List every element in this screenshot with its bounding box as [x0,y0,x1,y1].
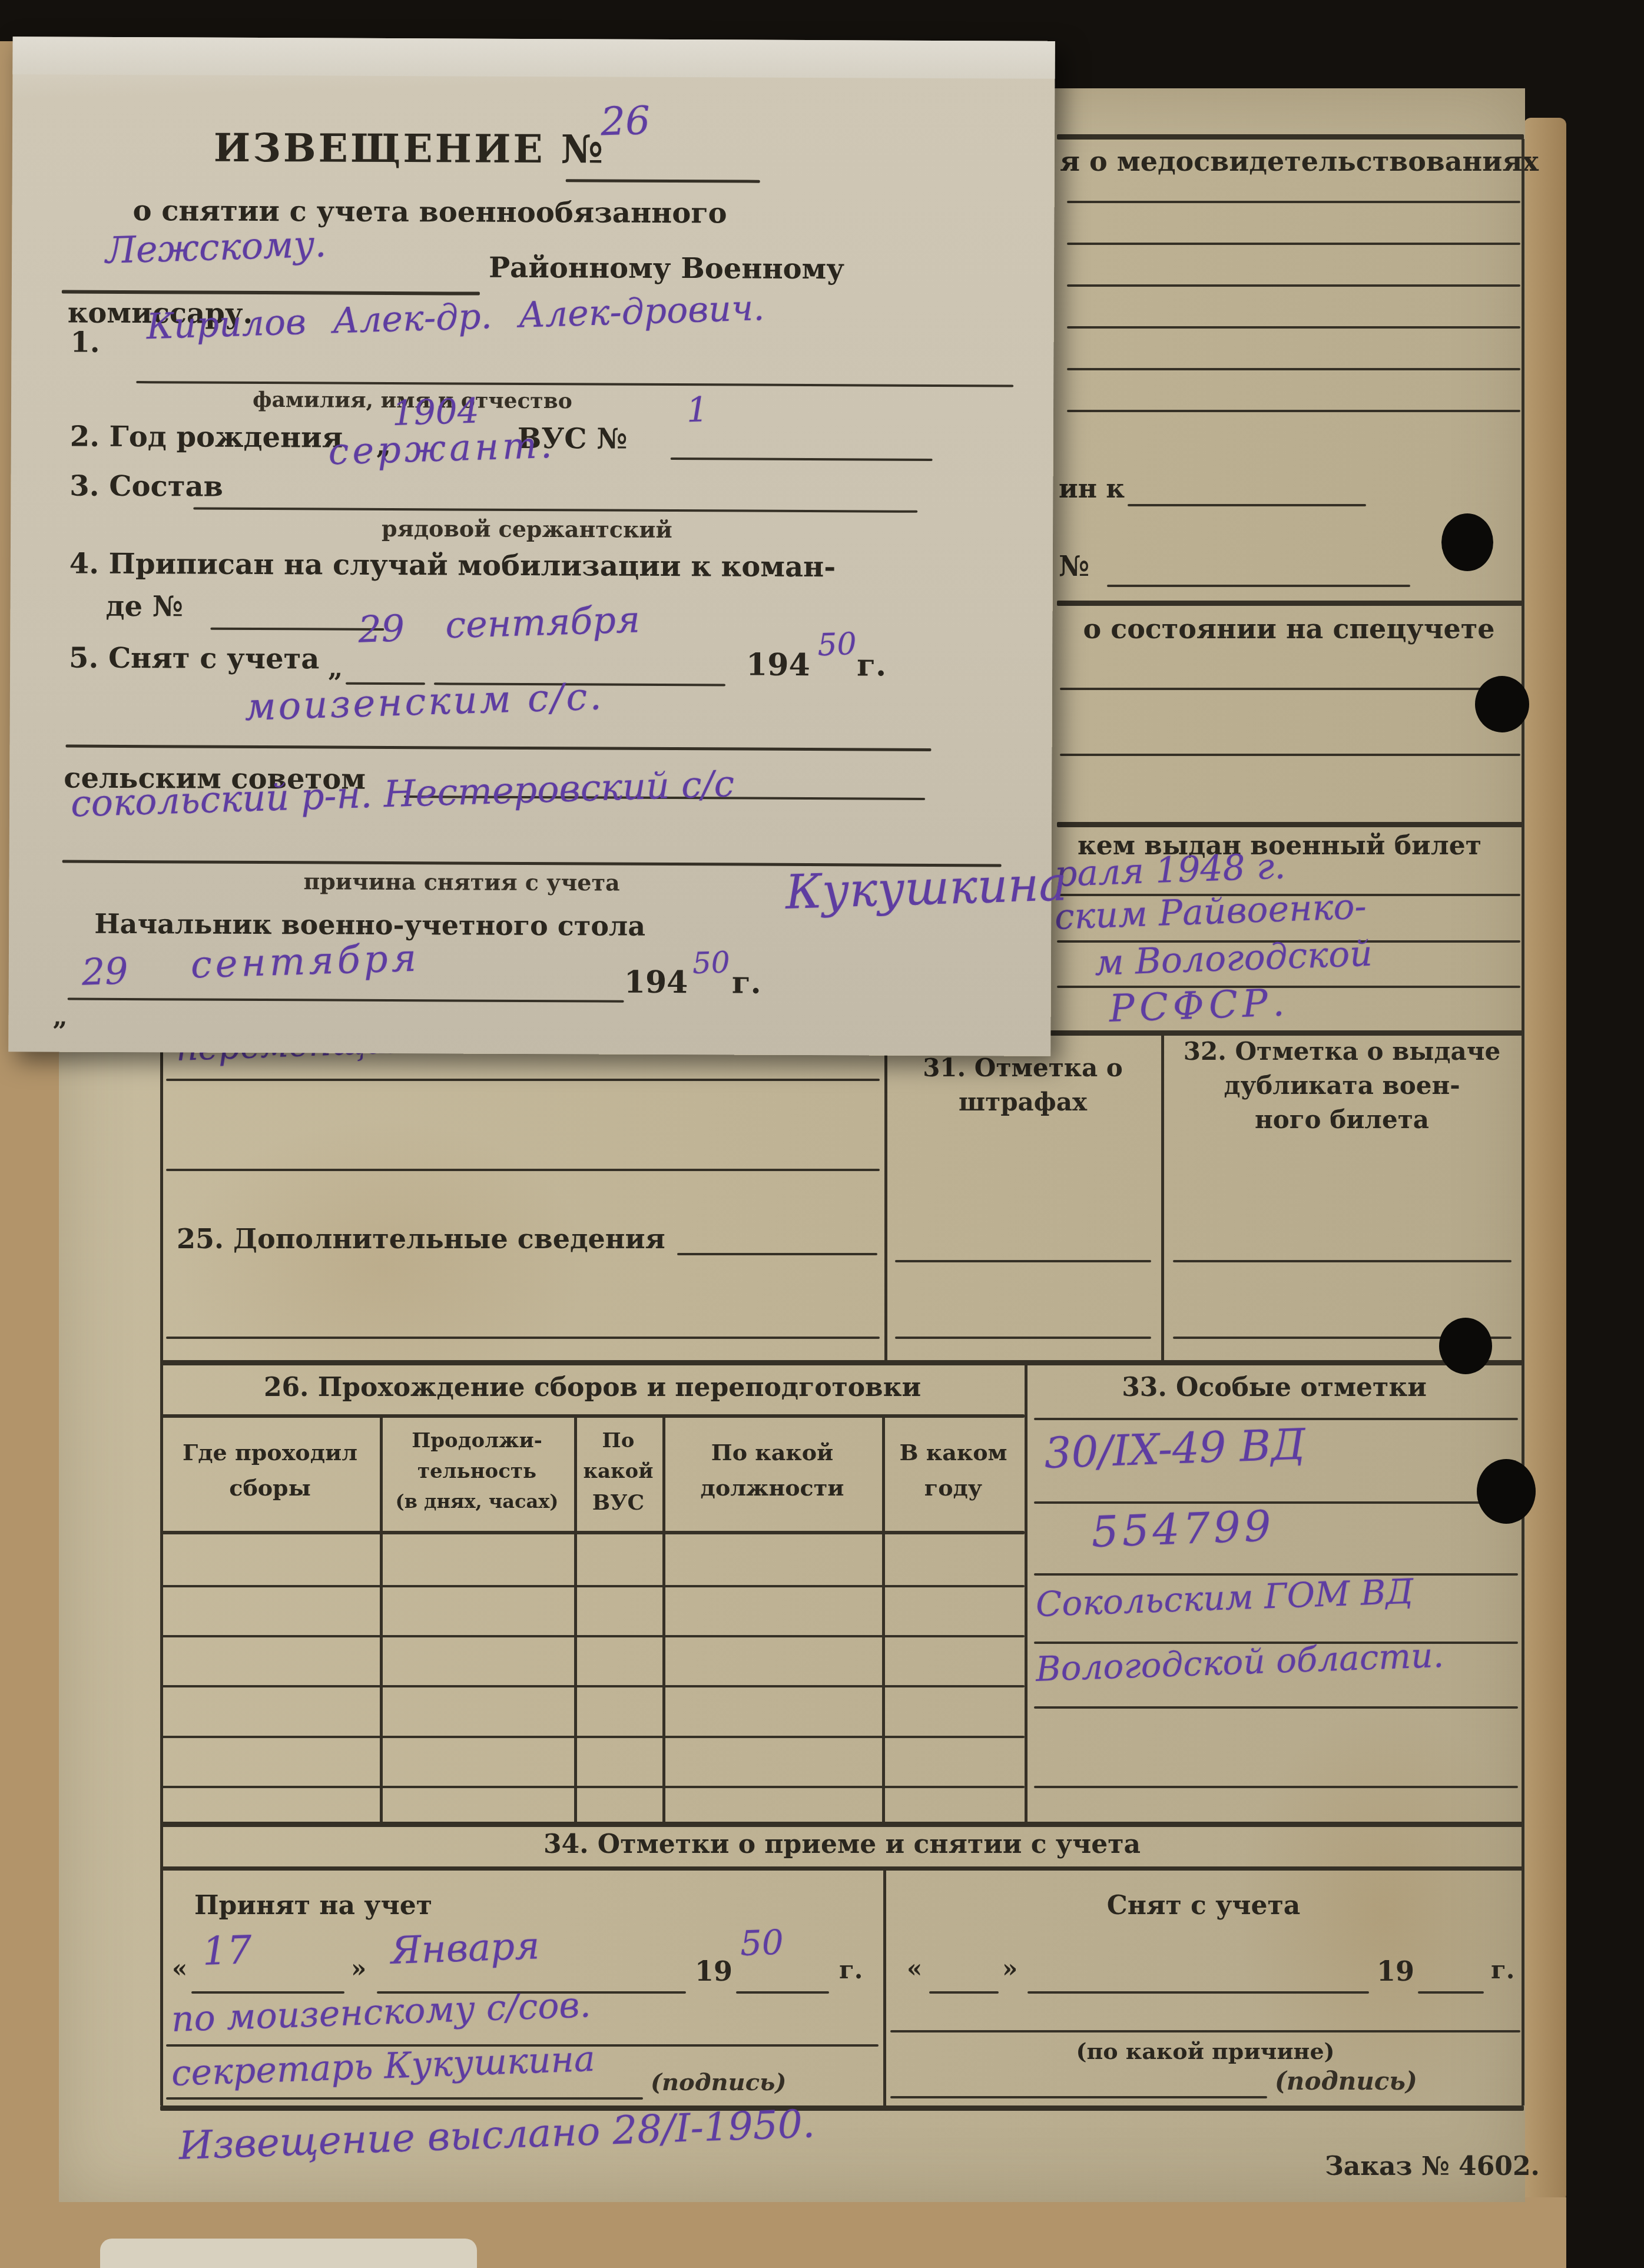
punch-hole [1475,676,1529,732]
slip-item5-day: 29 [357,610,405,648]
col-header-year-2: году [882,1475,1025,1501]
slip-date-year-handwritten: 50 [692,947,730,978]
slip-item2-label: 2. Год рождения [70,421,343,455]
col-header-where-1: Где проходил [160,1440,380,1465]
punch-hole [1439,1318,1492,1374]
ruled-line [1060,688,1520,690]
ruled-line [895,1260,1151,1262]
ruled-line [166,1169,880,1171]
accepted-signature-caption: (подпись) [651,2070,786,2095]
ruled-line [929,1991,999,1994]
section-25-label: 25. Дополнительные сведения [177,1223,665,1255]
removed-reason-caption: (по какой причине) [890,2038,1520,2064]
section-33-handwriting-1: 30/IX-49 ВД [1043,1423,1306,1474]
underlay-bottom-sliver [100,2239,477,2268]
slip-item2-year: 1904 [392,393,479,430]
accepted-close-quote: » [351,1955,366,1983]
notice-slip: ИЗВЕЩЕНИЕ № 26 о снятии с учета военнооб… [8,37,1055,1056]
ruled-line [166,1079,880,1081]
slip-item4-line1: 4. Приписан на случай мобилизации к кома… [69,548,836,584]
ruled-line [677,1253,877,1255]
removed-year-suffix: г. [1491,1956,1514,1984]
scanned-document: я о медосвидетельствованиях ин к № о сос… [0,0,1644,2268]
slip-date-quote: „ [52,1002,68,1032]
slip-date-suffix: г. [732,965,761,1000]
section-33-handwriting-2: 554799 [1091,1504,1275,1553]
col-header-duration-3: (в днях, часах) [380,1491,574,1513]
ruled-line [890,2030,1520,2032]
slip-date-year-printed: 194 [624,965,688,1000]
ruled-line [1107,585,1410,587]
ruled-line [136,381,1013,387]
accepted-month: Января [390,1927,541,1970]
ticket-handwriting-2: ским Райвоенко- [1054,889,1367,935]
ruled-line [1067,410,1520,412]
section-32-title-line2: дубликата воен- [1161,1072,1523,1100]
ruled-line [1060,754,1520,756]
ruled-line [890,2096,1267,2098]
slip-item5-label: 5. Снят с учета [69,642,319,676]
removed-title: Снят с учета [883,1891,1524,1921]
punch-hole [1441,513,1493,571]
accepted-year-suffix: г. [839,1956,863,1984]
ruled-line [66,745,932,751]
col-header-duration-2: тельность [380,1460,574,1483]
slip-addressee-printed: Районному Военному [489,252,844,286]
ruled-line [160,1414,1025,1418]
ruled-line [160,1635,1025,1637]
ruled-line [160,1531,1025,1534]
slip-item5-year-handwritten: 50 [817,629,857,661]
ruled-line [1057,822,1524,827]
slip-number: 26 [600,101,651,142]
accepted-open-quote: « [172,1955,187,1983]
col-header-vus-2: какой [574,1460,662,1483]
slip-item3-rank: сержант. [328,427,556,470]
slip-chief-signature: Кукушкина [785,860,1068,916]
removed-year-printed: 19 [1377,1956,1414,1987]
removed-signature-caption: (подпись) [1275,2068,1417,2095]
slip-reason-caption: причина снятия с учета [303,869,619,895]
ticket-handwriting-4: РСФСР. [1109,984,1290,1028]
ruled-line [1128,504,1366,506]
ruled-line [1057,601,1524,606]
ruled-line [1067,201,1520,203]
slip-torn-top-edge [12,37,1055,79]
ruled-line [160,1360,1524,1365]
section-33-title: 33. Особые отметки [1025,1373,1524,1403]
ruled-line [166,2097,643,2100]
col-header-where-2: сборы [160,1475,380,1501]
ruled-line [166,1337,880,1339]
slip-item3-label: 3. Состав [69,470,223,503]
ruled-line [160,1585,1025,1587]
table-border [1025,1360,1027,1822]
ruled-line [1418,1991,1484,1994]
slip-addressee: Лежскому. [105,226,327,268]
ruled-line [1034,1501,1518,1504]
ruled-line [671,457,933,461]
removed-open-quote: « [907,1955,922,1983]
ruled-line [160,1685,1025,1687]
ruled-line [1034,1573,1518,1576]
ruled-line [1173,1260,1512,1262]
slip-item5-quote: „ [328,654,343,684]
col-header-duration-1: Продолжи- [380,1430,574,1453]
order-number: Заказ № 4602. [1325,2152,1540,2182]
ruled-line [160,1822,1524,1827]
section-31-title-line2: штрафах [884,1088,1161,1116]
ruled-line [160,2105,1524,2111]
section-34-title: 34. Отметки о приеме и снятии с учета [160,1830,1524,1860]
ruled-line [1057,134,1524,140]
section-26-title: 26. Прохождение сборов и переподготовки [160,1373,1025,1403]
slip-item4-line2: де № [105,591,183,624]
ruled-line [1067,243,1520,245]
accepted-year-printed: 19 [695,1956,732,1987]
special-register-header: о состоянии на спецучете [1054,614,1524,645]
ruled-line [68,998,624,1003]
ruled-line [62,290,480,296]
ruled-line [1034,1706,1518,1709]
slip-date-month: сентября [190,940,420,984]
column-border [1522,139,1524,1030]
slip-item5-year-printed: 194 [746,648,810,683]
slip-item5-suffix: г. [857,648,886,683]
ruled-line [1067,326,1520,329]
slip-subtitle: о снятии с учета военнообязанного [132,195,727,230]
removed-close-quote: » [1002,1955,1017,1983]
slip-chief-label: Начальник военно-учетного стола [94,908,645,942]
slip-item5-place: моизенским с/с. [244,678,605,727]
ruled-line [566,179,760,183]
col-header-year-1: В каком [882,1440,1025,1465]
slip-title: ИЗВЕЩЕНИЕ № [214,126,606,173]
section-31-title-line1: 31. Отметка о [884,1054,1161,1082]
punch-hole [1477,1459,1536,1524]
ruled-line [193,507,917,512]
col-header-vus-3: ВУС [574,1491,662,1515]
ruled-line [1027,1991,1369,1994]
slip-item1-number: 1. [70,327,100,359]
slip-date-day: 29 [81,953,129,990]
slip-item3-caption: рядовой сержантский [382,516,672,542]
underlay-right-edge [1524,118,1566,2202]
col-header-position-2: должности [662,1475,882,1501]
table-border [1522,1030,1524,2105]
col-header-vus-1: По [574,1430,662,1453]
section-32-title-line1: 32. Отметка о выдаче [1161,1037,1523,1066]
accepted-day: 17 [202,1931,253,1971]
col-header-position-1: По какой [662,1440,882,1465]
ruled-line [160,1736,1025,1738]
accepted-title: Принят на учет [194,1891,432,1921]
partial-label-number: № [1059,551,1089,583]
ruled-line [895,1337,1151,1339]
partial-label-k: ин к [1059,475,1125,505]
ruled-line [160,1866,1524,1871]
ruled-line [1067,368,1520,370]
ticket-handwriting-1: раля 1948 г. [1054,848,1286,892]
ticket-handwriting-3: м Вологодской [1094,936,1373,981]
med-exam-header: я о медосвидетельствованиях [1060,146,1539,177]
slip-item5-month: сентября [445,601,640,644]
ruled-line [1034,1786,1518,1788]
ruled-line [1067,284,1520,287]
section-32-title-line3: ного билета [1161,1106,1523,1134]
accepted-year-handwritten: 50 [740,1925,784,1961]
ruled-line [736,1991,829,1994]
ruled-line [160,1786,1025,1788]
slip-item2-vus-number: 1 [686,392,709,427]
table-border [160,1030,163,2105]
